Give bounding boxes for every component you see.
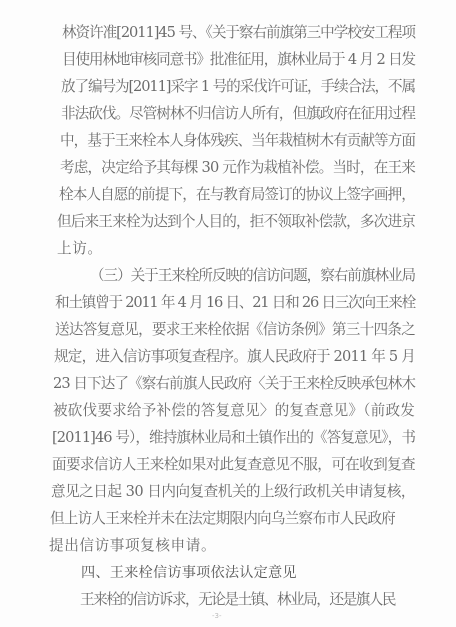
text-line: 非法砍伐。尽管树林不归信访人所有，但旗政府在征用过程: [61, 104, 415, 124]
text-line: 但上访人王来栓并未在法定期限内向乌兰察布市人民政府: [50, 509, 395, 529]
text-line: 面要求信访人王来栓如果对此复查意见不服，可在收到复查: [52, 455, 415, 475]
text-line: 但后来王来栓为达到个人目的，拒不领取补偿款，多次进京: [57, 212, 415, 232]
section-heading: 四、王来栓信访事项依法认定意见: [81, 563, 297, 583]
text-line: 23 日下达了《察右前旗人民政府〈关于王来栓反映承包林木: [53, 374, 415, 394]
text-line: 送达答复意见，要求王来栓依据《信访条例》第三十四条之: [55, 320, 415, 340]
text-line: 中，基于王来栓本人身体残疾、当年栽植树木有贡献等方面: [60, 131, 415, 151]
text-line: 王来栓的信访诉求，无论是土镇、林业局，还是旗人民: [80, 590, 395, 610]
text-line: 目使用林地审核同意书》批准征用，旗林业局于 4 月 2 日发: [62, 50, 415, 70]
text-line: 上访。: [57, 239, 103, 259]
text-line: 考虑，决定给予其每棵 30 元作为栽植补偿。当时，在王来: [60, 158, 415, 178]
text-line: （三）关于王来栓所反映的信访问题，察右前旗林业局: [90, 266, 415, 286]
text-line: 提出信访事项复核申请。: [49, 536, 216, 556]
text-line: 放了编号为[2011]采字 1 号的采伐许可证，手续合法，不属: [61, 77, 415, 97]
text-line: 被砍伐要求给予补偿的答复意见〉的复查意见》（前政发: [53, 401, 415, 421]
text-line: [2011]46 号），维持旗林业局和土镇作出的《答复意见》，书: [52, 428, 415, 448]
text-line: 意见之日起 30 日内向复查机关的上级行政机关申请复核，: [51, 482, 415, 502]
text-line: 林资许准[2011]45 号、《关于察右前旗第三中学校安工程项: [62, 23, 415, 43]
document-page: 林资许准[2011]45 号、《关于察右前旗第三中学校安工程项目使用林地审核同意…: [0, 0, 456, 627]
text-line: 规定，进入信访事项复查程序。旗人民政府于 2011 年 5 月: [54, 347, 415, 367]
page-number: -3-: [212, 612, 222, 620]
text-line: 栓本人自愿的前提下，在与教育局签订的协议上签字画押，: [59, 185, 415, 205]
text-line: 和土镇曾于 2011 年 4 月 16 日、21 日和 26 日三次向王来栓: [55, 293, 415, 313]
